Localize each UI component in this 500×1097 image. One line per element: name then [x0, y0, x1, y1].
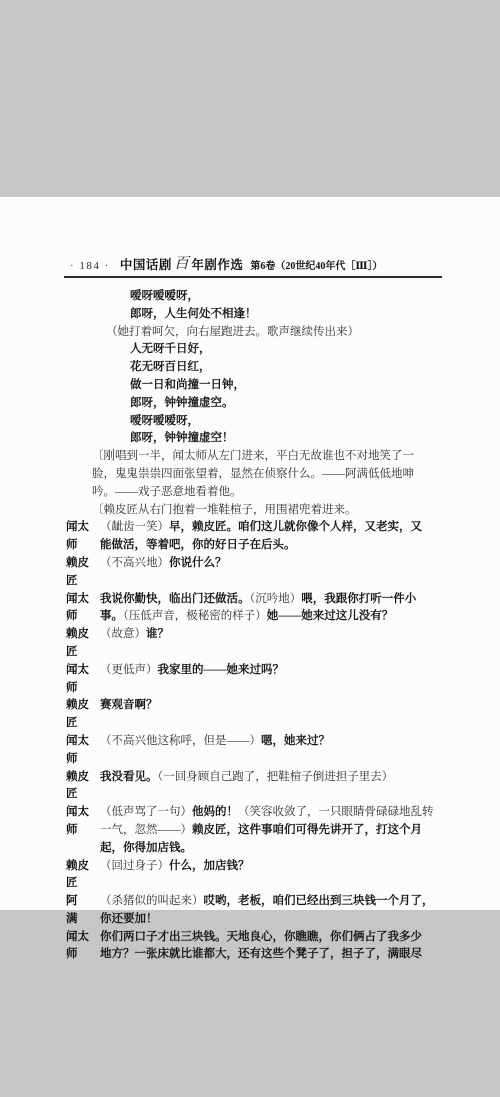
dialogue-row: 赖皮匠（不高兴地）你说什么？: [66, 555, 440, 591]
speaker-name: 闻太师: [66, 804, 100, 857]
stage-direction-block: 〔刚唱到一半，闻太师从左门进来，平白无故谁也不对地笑了一 脸，鬼鬼祟祟四面张望着…: [92, 448, 436, 501]
inline-stage-note: （沉吟地）: [250, 593, 302, 605]
book-title-post: 年剧作选: [191, 258, 243, 272]
speaker-name: 赖皮匠: [66, 697, 100, 733]
speaker-name: 闻太师: [66, 591, 100, 627]
song-lyric-line: 人无呀千日好，: [0, 341, 500, 359]
inline-stage-note: （龇齿一笑）: [100, 521, 169, 533]
dialogue-text: （回过身子）什么，加店钱？: [100, 858, 440, 894]
inline-stage-note: （回过身子）: [100, 860, 169, 872]
dialogue-text-run: 我说你勤快，临出门还做活。: [100, 593, 250, 605]
dialogue-row: 赖皮匠赛观音啊？: [66, 697, 440, 733]
dialogue-text: （龇齿一笑）早，赖皮匠。咱们这儿就你像个人样，又老实，又 能做活，等着吧，你的好…: [100, 519, 440, 555]
speaker-name: 闻太师: [66, 662, 100, 698]
dialogue-row: 阿 满（杀猪似的叫起来）哎哟，老板，咱们已经出到三块钱一个月了， 你还要加！: [66, 893, 440, 929]
dialogue-row: 闻太师（不高兴他这称呼，但是——）嗯，她来过？: [66, 733, 440, 769]
book-title-pre: 中国话剧: [120, 258, 172, 272]
inline-stage-note: （不高兴他这称呼，但是——）: [100, 735, 261, 747]
song-lyric-line: 郎呀，人生何处不相逢！: [0, 306, 500, 324]
dialogue-text-run: 赛观音啊？: [100, 699, 158, 711]
dialogue-text: （故意）谁？: [100, 626, 440, 662]
dialogue-text-run: 我家里的——她来过吗？: [158, 664, 285, 676]
dialogue-row: 闻太师（龇齿一笑）早，赖皮匠。咱们这儿就你像个人样，又老实，又 能做活，等着吧，…: [66, 519, 440, 555]
inline-stage-note: （更低声）: [100, 664, 158, 676]
dialogue-text: （杀猪似的叫起来）哎哟，老板，咱们已经出到三块钱一个月了， 你还要加！: [100, 893, 440, 929]
header-rule: [64, 276, 442, 278]
inline-stage-note: （压低声音，极秘密的样子）: [123, 610, 267, 622]
dialogue-row: 闻太师（更低声）我家里的——她来过吗？: [66, 662, 440, 698]
running-header: · 184 ·中国话剧百年剧作选第6卷（20世纪40年代［Ⅲ］）: [70, 253, 450, 270]
inline-stage-note: （杀猪似的叫起来）: [100, 895, 204, 907]
dialogue-text-run: 你们两口子才出三块钱。天地良心，你瞧瞧，你们俩占了我多少 地方？一张床就比谁都大…: [100, 931, 422, 961]
stage-direction-block: 〔赖皮匠从右门抱着一堆鞋楦子，用围裙兜着进来。: [92, 502, 436, 520]
inline-stage-note-line: （她打着呵欠，向右屋跑进去。歌声继续传出来）: [0, 324, 500, 342]
dialogue-text: 你们两口子才出三块钱。天地良心，你瞧瞧，你们俩占了我多少 地方？一张床就比谁都大…: [100, 929, 440, 965]
song-lyric-line: 花无呀百日红，: [0, 359, 500, 377]
book-page: · 184 ·中国话剧百年剧作选第6卷（20世纪40年代［Ⅲ］） 嗳呀嗳嗳呀，郎…: [0, 197, 500, 910]
dialogue-row: 赖皮匠（故意）谁？: [66, 626, 440, 662]
dialogue-row: 赖皮匠（回过身子）什么，加店钱？: [66, 858, 440, 894]
speaker-name: 赖皮匠: [66, 626, 100, 662]
scanned-page-backdrop: · 184 ·中国话剧百年剧作选第6卷（20世纪40年代［Ⅲ］） 嗳呀嗳嗳呀，郎…: [0, 0, 500, 1097]
dialogue-text: （不高兴地）你说什么？: [100, 555, 440, 591]
speaker-name: 闻太师: [66, 929, 100, 965]
dialogue-text: （更低声）我家里的——她来过吗？: [100, 662, 440, 698]
inline-stage-note: （低声骂了一句）: [100, 806, 192, 818]
speaker-name: 赖皮匠: [66, 858, 100, 894]
inline-stage-note: （一回身顾自己跑了，把鞋楦子倒进担子里去）: [158, 771, 394, 783]
play-script-text: 嗳呀嗳嗳呀，郎呀，人生何处不相逢！（她打着呵欠，向右屋跑进去。歌声继续传出来）人…: [0, 288, 500, 964]
dialogue-text: 我没看见。（一回身顾自己跑了，把鞋楦子倒进担子里去）: [100, 769, 440, 805]
speaker-name: 闻太师: [66, 733, 100, 769]
dialogue-row: 闻太师（低声骂了一句）他妈的！（笑容收敛了，一只眼睛骨碌碌地乱转 一气，忽然——…: [66, 804, 440, 857]
speaker-name: 赖皮匠: [66, 555, 100, 591]
inline-stage-note: （不高兴地）: [100, 557, 169, 569]
dialogue-row: 闻太师你们两口子才出三块钱。天地良心，你瞧瞧，你们俩占了我多少 地方？一张床就比…: [66, 929, 440, 965]
dialogue-text: 我说你勤快，临出门还做活。（沉吟地）喂，我跟你打听一件小 事。（压低声音，极秘密…: [100, 591, 440, 627]
dialogue-text-run: 她——她来过这儿没有？: [267, 610, 394, 622]
dialogue-text-run: 你说什么？: [169, 557, 227, 569]
dialogue-text-run: 谁？: [146, 628, 169, 640]
song-lyric-line: 做一日和尚撞一日钟，: [0, 377, 500, 395]
dialogue-text: （低声骂了一句）他妈的！（笑容收敛了，一只眼睛骨碌碌地乱转 一气，忽然——）赖皮…: [100, 804, 440, 857]
dialogue-text-run: 他妈的！: [192, 806, 238, 818]
song-lyric-line: 嗳呀嗳嗳呀，: [0, 413, 500, 431]
speaker-name: 阿 满: [66, 893, 100, 929]
dialogue-text: 赛观音啊？: [100, 697, 440, 733]
dialogue-row: 闻太师我说你勤快，临出门还做活。（沉吟地）喂，我跟你打听一件小 事。（压低声音，…: [66, 591, 440, 627]
book-title-logo-char: 百: [172, 256, 192, 272]
volume-info: 第6卷（20世纪40年代［Ⅲ］）: [250, 261, 382, 272]
dialogue-text: （不高兴他这称呼，但是——）嗯，她来过？: [100, 733, 440, 769]
song-lyric-line: 郎呀，钟钟撞虚空。: [0, 395, 500, 413]
speaker-name: 闻太师: [66, 519, 100, 555]
dialogue-text-run: 什么，加店钱？: [169, 860, 250, 872]
song-lyric-line: 郎呀，钟钟撞虚空！: [0, 430, 500, 448]
song-lyric-line: 嗳呀嗳嗳呀，: [0, 288, 500, 306]
dialogue-text-run: 我没看见。: [100, 771, 158, 783]
inline-stage-note: （故意）: [100, 628, 146, 640]
speaker-name: 赖皮匠: [66, 769, 100, 805]
book-title: 中国话剧百年剧作选: [120, 258, 244, 272]
dialogue-text-run: 嗯，她来过？: [261, 735, 330, 747]
page-number: · 184 ·: [70, 260, 110, 272]
dialogue-row: 赖皮匠我没看见。（一回身顾自己跑了，把鞋楦子倒进担子里去）: [66, 769, 440, 805]
